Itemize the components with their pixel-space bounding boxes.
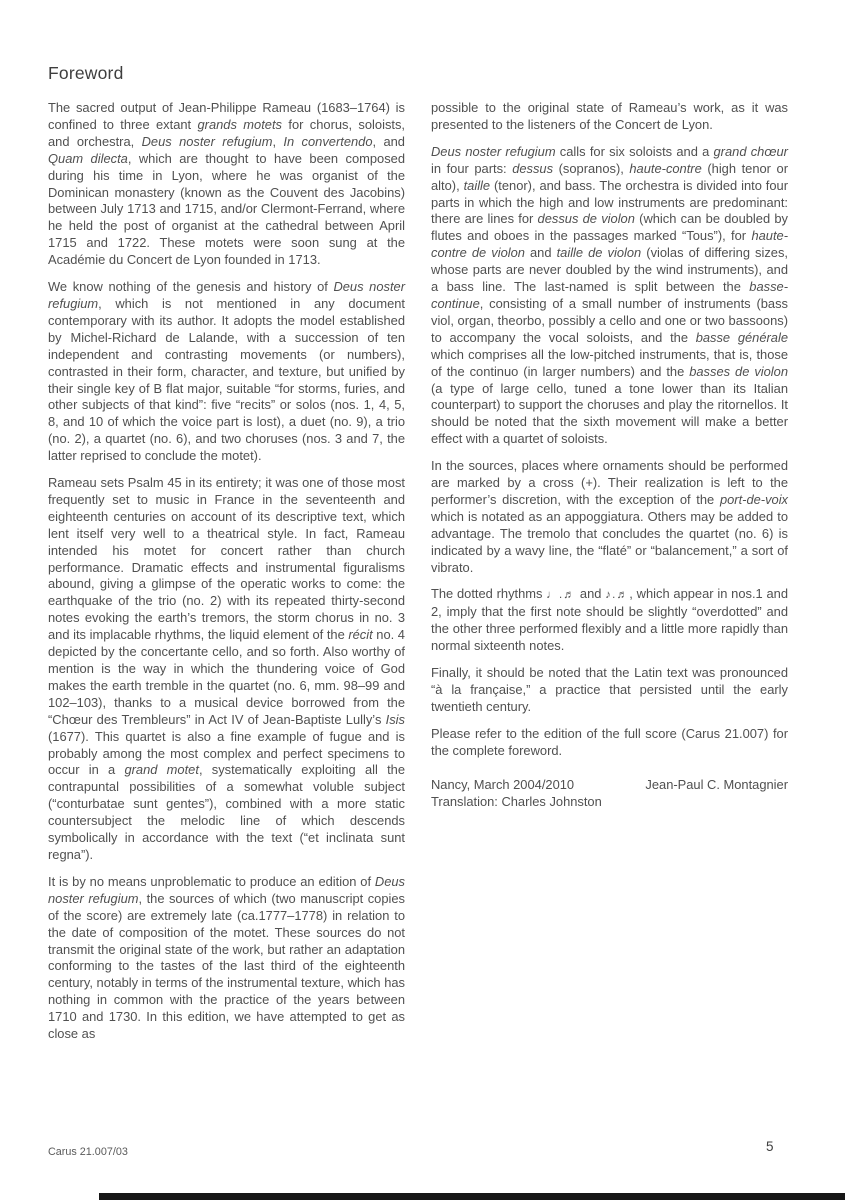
body-text: The dotted rhythms <box>431 586 546 601</box>
paragraph: The dotted rhythms ♩.♬ and ♪.♬, which ap… <box>431 586 788 655</box>
body-text: calls for six soloists and a <box>556 144 714 159</box>
italic-text: grands motets <box>198 117 282 132</box>
signature-author: Jean-Paul C. Montagnier <box>645 777 788 794</box>
italic-text: Quam dilecta <box>48 151 128 166</box>
document-page: Foreword The sacred output of Jean-Phili… <box>0 0 845 1200</box>
body-text: , which is not mentioned in any document… <box>48 296 405 463</box>
paragraph: We know nothing of the genesis and histo… <box>48 279 405 465</box>
italic-text: taille de violon <box>557 245 642 260</box>
signature-translation: Translation: Charles Johnston <box>431 794 788 811</box>
italic-text: grand motet <box>124 762 198 777</box>
paragraph: In the sources, places where ornaments s… <box>431 458 788 576</box>
paragraph: Please refer to the edition of the full … <box>431 726 788 760</box>
body-text: Please refer to the edition of the full … <box>431 726 788 758</box>
italic-text: Deus noster refugium <box>142 134 273 149</box>
paragraph: Rameau sets Psalm 45 in its entirety; it… <box>48 475 405 864</box>
signature-place-date: Nancy, March 2004/2010 <box>431 777 574 794</box>
italic-text: port-de-voix <box>720 492 788 507</box>
body-text: It is by no means unproblematic to produ… <box>48 874 375 889</box>
paragraph: It is by no means unproblematic to produ… <box>48 874 405 1043</box>
italic-text: dessus <box>512 161 553 176</box>
right-column: possible to the original state of Rameau… <box>431 100 788 1043</box>
signature-row: Nancy, March 2004/2010 Jean-Paul C. Mont… <box>431 777 788 794</box>
page-title: Foreword <box>48 63 124 84</box>
two-column-layout: The sacred output of Jean-Philippe Ramea… <box>48 100 788 1043</box>
dotted-rhythm-notation-2: ♪.♬ <box>605 589 629 601</box>
catalog-number: Carus 21.007/03 <box>48 1146 128 1158</box>
scan-edge-bar <box>99 1193 845 1200</box>
italic-text: grand chœur <box>714 144 788 159</box>
italic-text: In convertendo <box>283 134 372 149</box>
body-text: Rameau sets Psalm 45 in its entirety; it… <box>48 475 405 642</box>
body-text: Finally, it should be noted that the Lat… <box>431 665 788 714</box>
body-text: which is notated as an appoggiatura. Oth… <box>431 509 788 575</box>
italic-text: Deus noster refugium <box>431 144 556 159</box>
body-text: We know nothing of the genesis and histo… <box>48 279 333 294</box>
body-text: , the sources of which (two manuscript c… <box>48 891 405 1041</box>
italic-text: basses de violon <box>689 364 788 379</box>
italic-text: haute-contre <box>629 161 701 176</box>
paragraph: possible to the original state of Rameau… <box>431 100 788 134</box>
italic-text: récit <box>348 627 372 642</box>
italic-text: Isis <box>386 712 405 727</box>
paragraph: The sacred output of Jean-Philippe Ramea… <box>48 100 405 269</box>
right-column-paragraphs: possible to the original state of Rameau… <box>431 100 788 760</box>
italic-text: taille <box>464 178 491 193</box>
body-text: possible to the original state of Rameau… <box>431 100 788 132</box>
body-text: (sopranos), <box>553 161 629 176</box>
paragraph: Deus noster refugium calls for six soloi… <box>431 144 788 448</box>
paragraph: Finally, it should be noted that the Lat… <box>431 665 788 716</box>
body-text: in four parts: <box>431 161 512 176</box>
body-text: (a type of large cello, tuned a tone low… <box>431 381 788 447</box>
dotted-rhythm-notation-1: ♩.♬ <box>546 589 576 601</box>
left-column: The sacred output of Jean-Philippe Ramea… <box>48 100 405 1043</box>
body-text: , and <box>373 134 405 149</box>
body-text: , which are thought to have been compose… <box>48 151 405 267</box>
italic-text: dessus de violon <box>538 211 635 226</box>
page-number: 5 <box>766 1139 774 1154</box>
body-text: and <box>525 245 557 260</box>
body-text: , <box>272 134 283 149</box>
body-text: and <box>576 586 605 601</box>
italic-text: basse générale <box>696 330 788 345</box>
